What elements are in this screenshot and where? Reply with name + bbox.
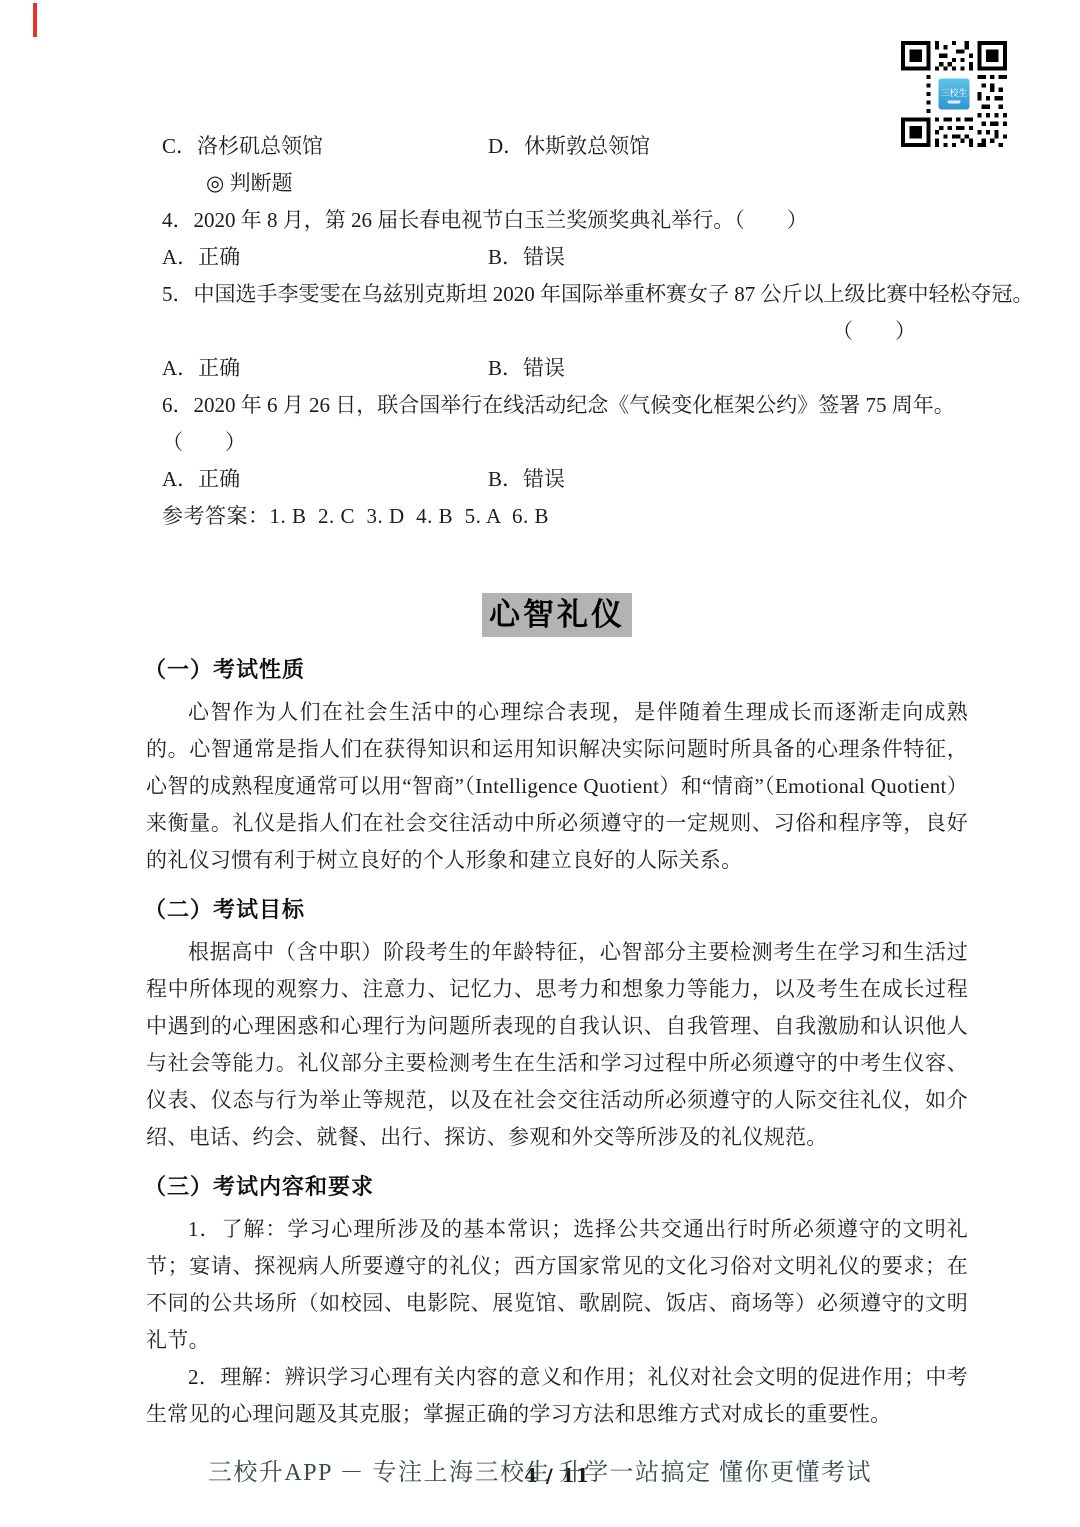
qr-logo-label: 三校生: [941, 87, 968, 98]
question-5-answer-blank: （ ）: [162, 313, 968, 350]
section-title-row: 心智礼仪: [146, 591, 968, 639]
question-6-options: A．正确 B．错误: [162, 461, 968, 498]
question-4-option-b: B．错误: [488, 239, 565, 276]
question-6-answer-blank: （ ）: [162, 424, 968, 461]
question-4: 4．2020 年 8 月，第 26 届长春电视节白玉兰奖颁奖典礼举行。（ ）: [162, 202, 968, 239]
question-6-option-a: A．正确: [162, 461, 488, 498]
judge-question-header: ◎ 判断题: [162, 165, 968, 202]
reference-answers: 参考答案：1. B 2. C 3. D 4. B 5. A 6. B: [162, 498, 968, 535]
qr-finder-top-left: [901, 41, 931, 71]
question-6: 6．2020 年 6 月 26 日，联合国举行在线活动纪念《气候变化框架公约》签…: [162, 387, 968, 424]
paragraph-understand-level2: 2．理解：辨识学习心理有关内容的意义和作用；礼仪对社会文明的促进作用；中考生常见…: [146, 1359, 968, 1433]
paragraph-exam-nature: 心智作为人们在社会生活中的心理综合表现，是伴随着生理成长而逐渐走向成熟的。心智通…: [146, 694, 968, 879]
options-row-cd: C．洛杉矶总领馆 D．休斯敦总领馆: [162, 128, 968, 165]
qr-center-logo: 三校生: [937, 77, 970, 110]
heading-exam-content: （三）考试内容和要求: [144, 1170, 968, 1201]
red-revision-marker: [33, 3, 37, 37]
question-5: 5．中国选手李雯雯在乌兹别克斯坦 2020 年国际举重杯赛女子 87 公斤以上级…: [162, 276, 968, 313]
footer-tagline: 三校升APP － 专注上海三校生 升学一站搞定 懂你更懂考试: [0, 1452, 1080, 1494]
option-c: C．洛杉矶总领馆: [162, 128, 488, 165]
question-4-option-a: A．正确: [162, 239, 488, 276]
option-d: D．休斯敦总领馆: [488, 128, 650, 165]
question-6-option-b: B．错误: [488, 461, 565, 498]
section-title: 心智礼仪: [482, 593, 632, 637]
question-5-options: A．正确 B．错误: [162, 350, 968, 387]
question-5-option-a: A．正确: [162, 350, 488, 387]
quiz-section: C．洛杉矶总领馆 D．休斯敦总领馆 ◎ 判断题 4．2020 年 8 月，第 2…: [162, 128, 968, 535]
document-page: C．洛杉矶总领馆 D．休斯敦总领馆 ◎ 判断题 4．2020 年 8 月，第 2…: [146, 128, 968, 1487]
qr-finder-top-right: [977, 41, 1007, 71]
heading-exam-nature: （一）考试性质: [144, 653, 968, 684]
paragraph-exam-goals: 根据高中（含中职）阶段考生的年龄特征，心智部分主要检测考生在学习和生活过程中所体…: [146, 934, 968, 1156]
question-4-options: A．正确 B．错误: [162, 239, 968, 276]
heading-exam-goals: （二）考试目标: [144, 893, 968, 924]
paragraph-understand-level1: 1．了解：学习心理所涉及的基本常识；选择公共交通出行时所必须遵守的文明礼节；宴请…: [146, 1211, 968, 1359]
question-5-option-b: B．错误: [488, 350, 565, 387]
qr-logo-subtext: [948, 100, 961, 103]
